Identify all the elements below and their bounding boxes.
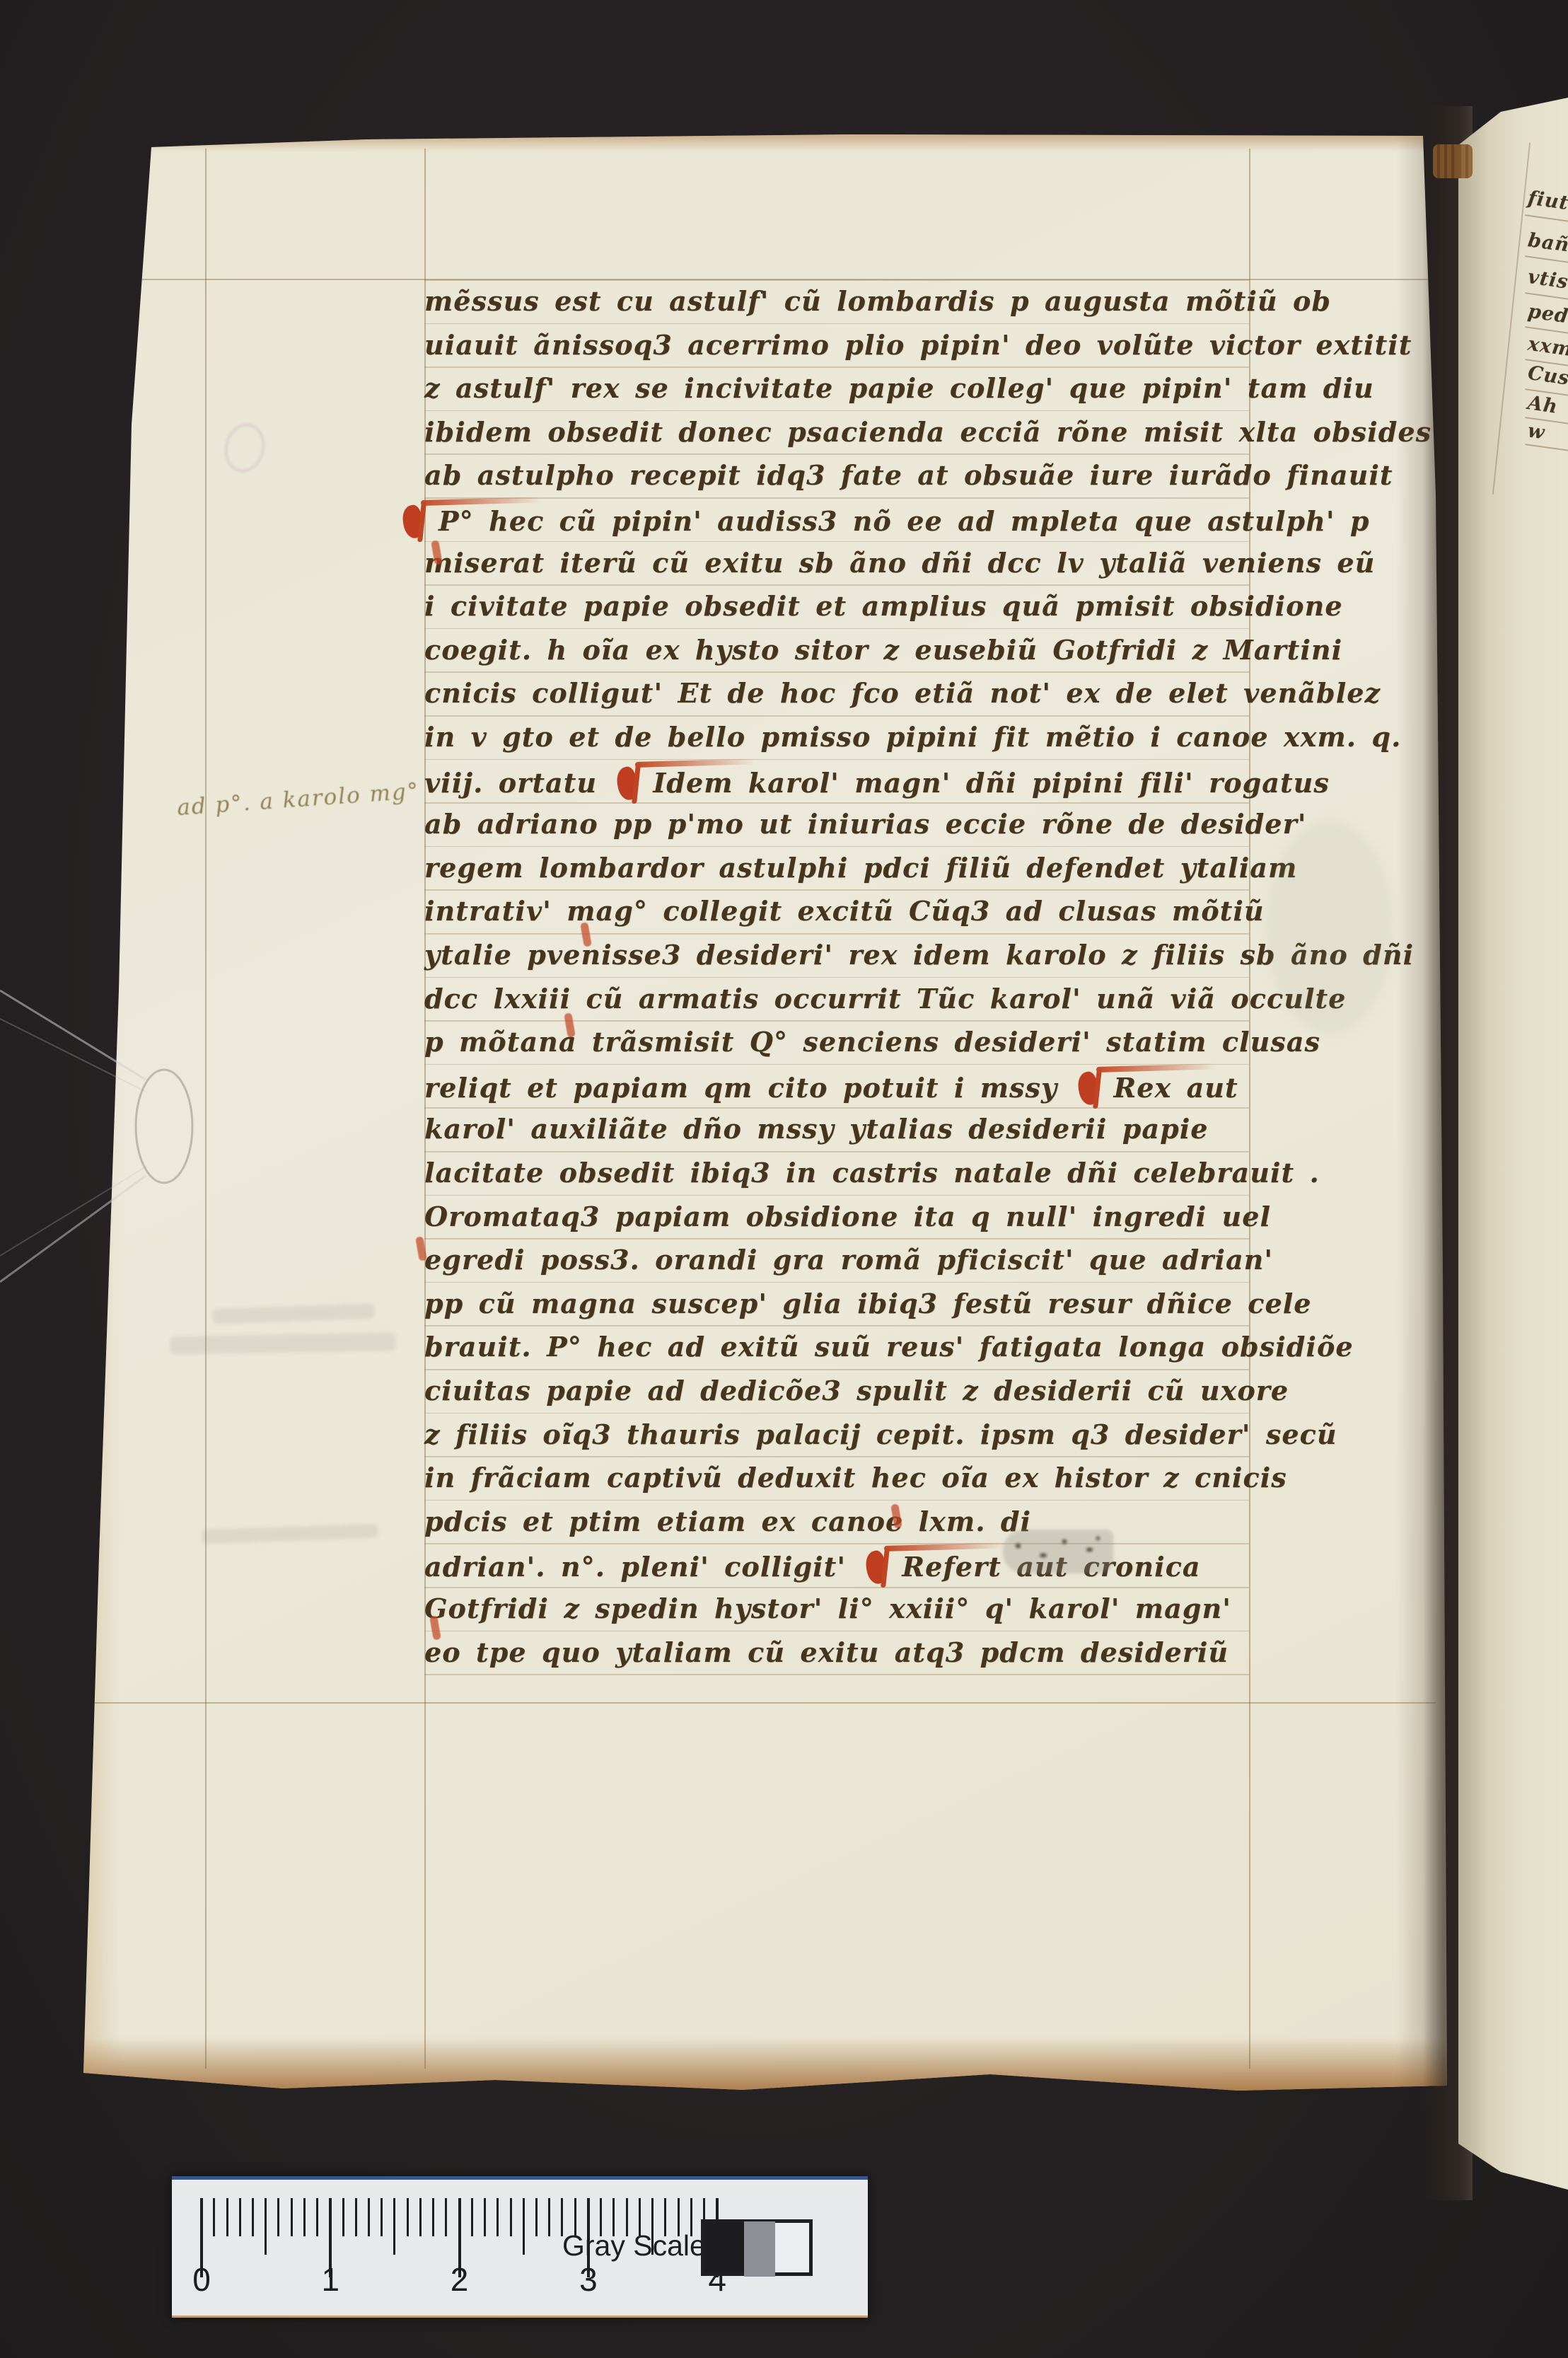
text-line: pp cũ magna suscep' glia ibiq3 festũ res… [424,1287,1312,1321]
ruler-tick [407,2198,409,2236]
ruling-line [424,366,1249,368]
text-line: P° hec cũ pipin' audiss3 nõ ee ad mpleta… [397,502,1370,538]
ruling-line [424,846,1249,848]
page-edge-shading-bottom [64,2038,1471,2094]
ruling-line [424,1413,1249,1414]
ruling-line [424,279,1249,281]
grayscale-patch-black [704,2223,744,2272]
text-line: uiauit ãnissoq3 acerrimo plio pipin' deo… [424,328,1412,362]
ruling-line [424,1282,1249,1283]
text-line: p mõtana trãsmisit Q° senciens desideri'… [424,1025,1320,1059]
ruling-line [424,759,1249,761]
ruling-line [424,1151,1249,1152]
ruling-line [424,1631,1249,1632]
facing-page-text-fragment: Ah [1526,393,1559,418]
text-line: Gotfridi z spedin hystor' li° xxiii° q' … [424,1592,1231,1626]
paraph-mark [403,502,430,538]
ruling-line [424,933,1249,935]
text-line: reliqt et papiam qm cito potuit i mssy R… [424,1069,1238,1105]
ruling-line [424,628,1249,630]
erased-correction [1003,1530,1113,1573]
text-line: intrativ' mag° collegit excitũ Cũq3 ad c… [424,894,1265,928]
ruler-tick [535,2198,538,2236]
ruling-line [424,889,1249,891]
text-line: eo tpe quo ytaliam cũ exitu atq3 pdcm de… [424,1636,1229,1670]
ruler-tick [342,2198,344,2236]
ruler-card: 01234 Gray Scale [172,2176,868,2318]
ruler-number: 0 [186,2262,217,2297]
ruling-line [424,1674,1249,1675]
text-line: miserat iterũ cũ exitu sb ãno dñi dcc lv… [424,546,1375,580]
ruler-tick [239,2198,241,2236]
ruling-line [424,715,1249,717]
paraph-mark [617,764,644,799]
show-through-ghost [202,1524,379,1544]
ruling-line [424,453,1249,455]
text-line: lacitate obsedit ibiq3 in castris natale… [424,1156,1320,1190]
ruling-line [424,541,1249,543]
ruling-line [424,802,1249,804]
grayscale-patch-box [701,2219,813,2276]
ruler-tick [355,2198,357,2236]
text-line: Oromataq3 papiam obsidione ita q null' i… [424,1200,1271,1234]
text-line: in v gto et de bello pmisso pipini fit m… [424,720,1401,754]
ruler-tick [548,2198,550,2236]
grayscale-label: Gray Scale [562,2229,706,2262]
ruler-tick [510,2198,512,2236]
facing-page-text-fragment: w [1526,420,1546,444]
marginal-note: ad p°. a karolo mg° [176,778,420,821]
text-line: ab adriano pp p'mo ut iniurias eccie rõn… [424,807,1306,841]
ruler-tick [419,2198,422,2236]
ruler-tick [484,2198,486,2236]
ruler-tick [381,2198,383,2236]
ruler-number: 3 [573,2262,604,2297]
ruling-line [424,1107,1249,1109]
manuscript-page: mẽssus est cu astulf' cũ lombardis p aug… [0,0,1568,2358]
text-line: ab astulpho recepit idq3 fate at obsuãe … [424,458,1393,492]
text-line: cnicis colligut' Et de hoc fco etiã not'… [424,676,1381,710]
show-through-ghost [170,1332,396,1355]
text-line: brauit. P° hec ad exitũ suũ reus' fatiga… [424,1330,1354,1364]
ruler-tick [368,2198,370,2236]
text-line: coegit. h oĩa ex hysto sitor z eusebiũ G… [424,633,1342,667]
show-through-ghost [212,1303,376,1324]
photo-scene: mẽssus est cu astulf' cũ lombardis p aug… [0,0,1568,2358]
text-line: ibidem obsedit donec psacienda ecciã rõn… [424,415,1431,449]
paraph-mark [1079,1069,1105,1104]
ruling-line [424,1456,1249,1457]
ruler-tick [213,2198,215,2236]
ruler-tick [277,2198,279,2236]
ruling-line [424,1587,1249,1588]
paraph-mark [866,1548,893,1583]
text-line: dcc lxxiii cũ armatis occurrit Tũc karol… [424,982,1346,1016]
ruler-tick [523,2198,525,2255]
ruling-line [424,1020,1249,1022]
text-line: i civitate papie obsedit et amplius quã … [424,589,1343,623]
ruler-tick [393,2198,395,2255]
text-line: z astulf' rex se incivitate papie colleg… [424,371,1374,405]
parchment-tinge [1266,821,1393,1033]
ruling-line [424,1369,1249,1370]
text-line: regem lombardor astulphi pdci filiũ defe… [424,851,1297,885]
ruling-line [424,497,1249,499]
ruling-line [424,1500,1249,1501]
text-line: viij. ortatu Idem karol' magn' dñi pipin… [424,764,1330,800]
ruler-tick [291,2198,293,2236]
binding-cloth-patch [1433,144,1473,178]
ruler-tick [316,2198,318,2236]
ruler-tick [252,2198,254,2236]
ruling-line [424,977,1249,978]
ruling-line [424,410,1249,412]
ruler-tick [265,2198,267,2255]
text-line: z filiis oĩq3 thauris palacij cepit. ips… [424,1418,1337,1452]
grayscale-patch-gray [744,2221,775,2277]
text-line: in frãciam captivũ deduxit hec oĩa ex hi… [424,1461,1287,1495]
ruler-tick [432,2198,434,2236]
ruling-line [424,1064,1249,1065]
text-line: karol' auxiliãte dño mssy ytalias deside… [424,1112,1209,1146]
ruling-line [424,1543,1249,1544]
ruling-line [424,323,1249,325]
text-line: egredi poss3. orandi gra romã pficiscit'… [424,1243,1273,1277]
text-line: mẽssus est cu astulf' cũ lombardis p aug… [424,284,1331,318]
ruling-line [424,1238,1249,1239]
ruling-horizontal-bottom [92,1702,1436,1704]
ruling-line [424,671,1249,673]
ruler-tick [496,2198,499,2236]
ruler-number: 2 [444,2262,475,2297]
ruler-tick [226,2198,228,2236]
text-line: pdcis et ptim etiam ex canoe lxm. di [424,1505,1031,1539]
ruling-line [424,1195,1249,1196]
ruler-tick [471,2198,473,2236]
grayscale-patch-white [775,2223,809,2272]
text-line: ytalie pvenisse3 desideri' rex idem karo… [424,938,1414,972]
stamp-ghost [219,419,269,476]
text-line: ciuitas papie ad dedicõe3 spulit z desid… [424,1374,1289,1408]
ruler-tick [445,2198,447,2236]
ruling-line [424,584,1249,586]
ruling-line [424,1325,1249,1327]
ruler-number: 1 [315,2262,346,2297]
ruler-tick [303,2198,306,2236]
page-holder-clip [0,962,212,1316]
